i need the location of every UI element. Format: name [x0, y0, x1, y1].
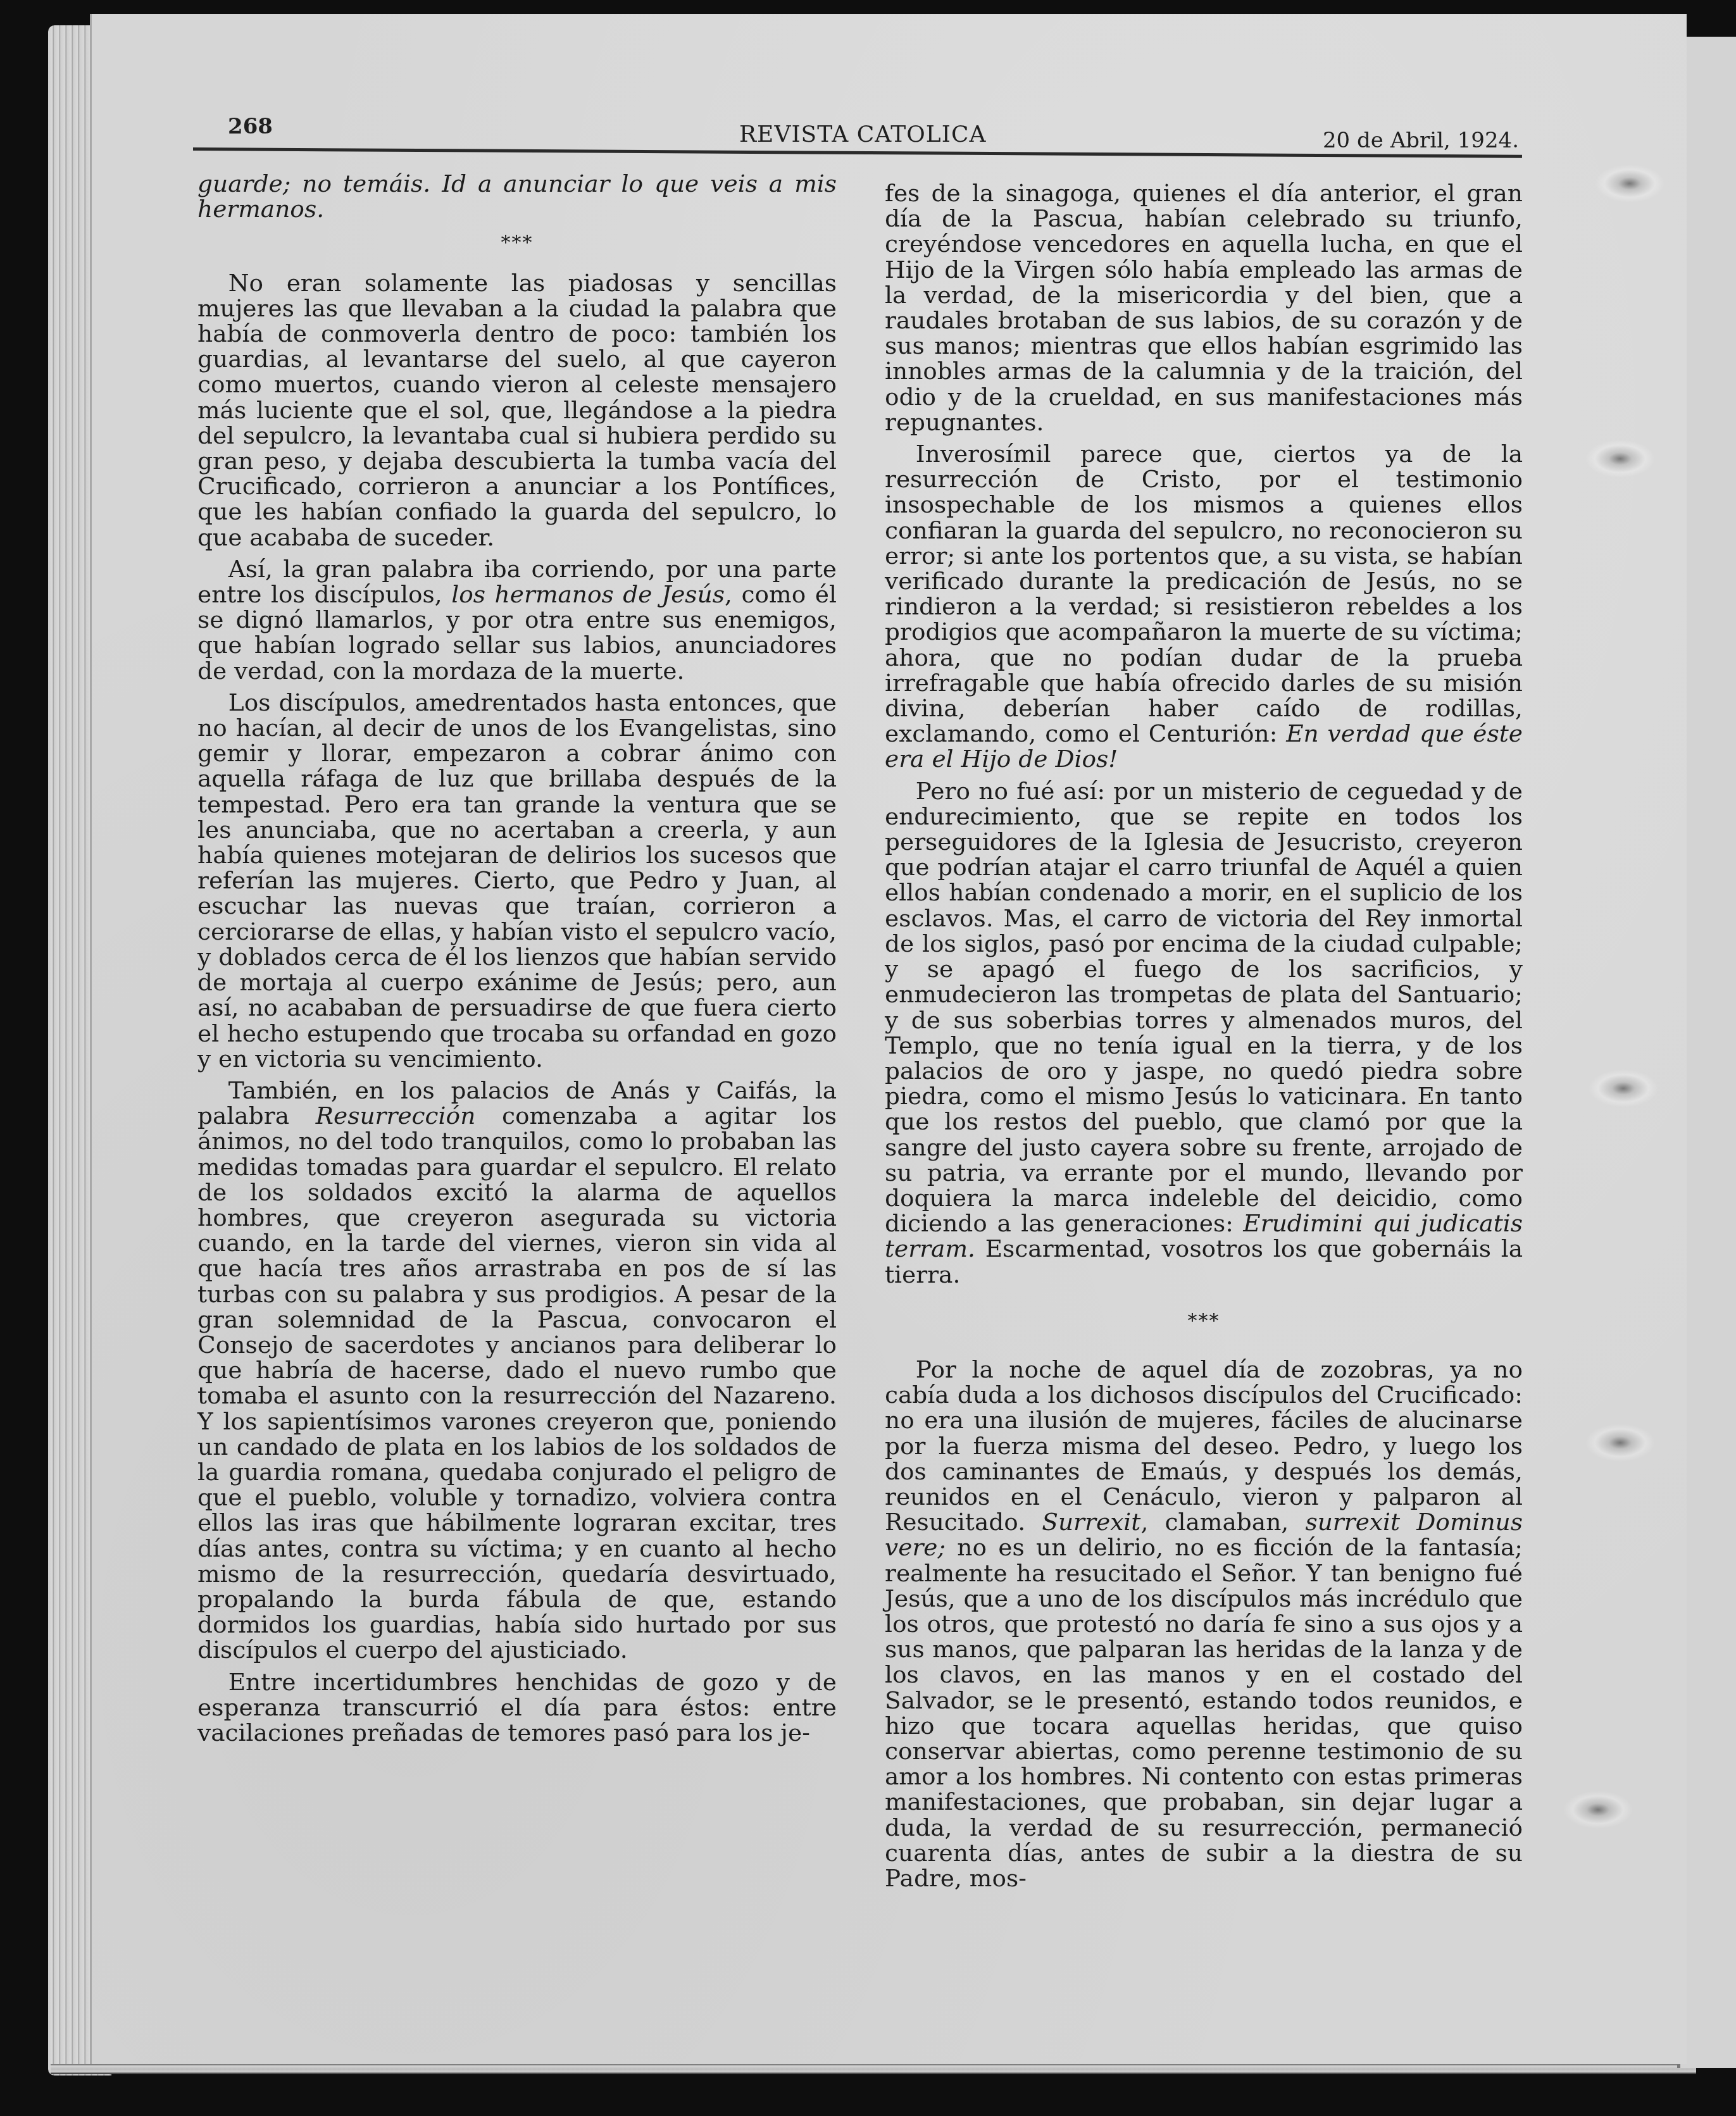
paragraph: Los discípulos, amedrentados hasta enton… — [197, 690, 837, 1071]
opening-quote: guarde; no temáis. Id a anunciar lo que … — [197, 171, 837, 221]
right-column: fes de la sinagoga, quienes el día anter… — [885, 180, 1523, 1897]
paragraph: Por la noche de aquel día de zozobras, y… — [885, 1357, 1523, 1891]
paragraph: Pero no fué así: por un misterio de cegu… — [885, 778, 1523, 1287]
section-separator: *** — [197, 230, 837, 256]
journal-title: REVISTA CATOLICA — [739, 121, 987, 147]
staple-tear-mark — [1585, 1424, 1655, 1462]
paragraph: Inverosímil parece que, ciertos ya de la… — [885, 441, 1523, 772]
page-number: 268 — [228, 114, 273, 139]
staple-tear-mark — [1589, 1069, 1658, 1107]
paragraph: Entre incertidumbres henchidas de gozo y… — [197, 1669, 837, 1746]
staple-tear-mark — [1563, 1791, 1633, 1829]
staple-tear-mark — [1585, 440, 1655, 478]
section-separator: *** — [885, 1309, 1523, 1334]
paragraph: fes de la sinagoga, quienes el día anter… — [885, 180, 1523, 435]
issue-date: 20 de Abril, 1924. — [1323, 128, 1519, 153]
left-column: guarde; no temáis. Id a anunciar lo que … — [197, 171, 837, 1752]
book-bottom-edges — [51, 2064, 1696, 2074]
paragraph: No eran solamente las piadosas y sencill… — [197, 270, 837, 550]
paragraph: También, en los palacios de Anás y Caifá… — [197, 1078, 837, 1663]
running-header: 268 REVISTA CATOLICA 20 de Abril, 1924. — [190, 108, 1513, 152]
staple-tear-mark — [1595, 165, 1664, 202]
paragraph: Así, la gran palabra iba corriendo, por … — [197, 556, 837, 683]
